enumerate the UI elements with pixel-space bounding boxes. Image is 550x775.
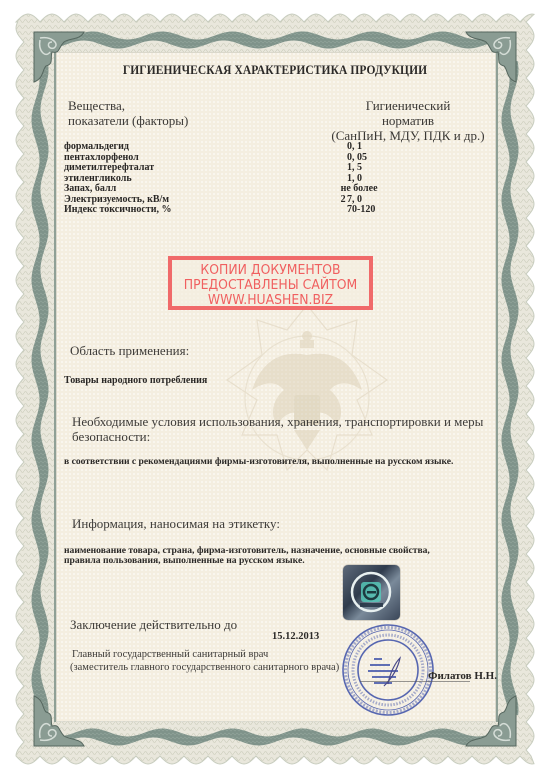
norm-header-line: норматив bbox=[317, 113, 499, 128]
corner-ornament-icon bbox=[462, 692, 520, 750]
factors-column-header: Вещества, показатели (факторы) bbox=[68, 98, 188, 128]
watermark-link[interactable]: WWW.HUASHEN.BIZ bbox=[180, 293, 361, 308]
factors-header-line: Вещества, bbox=[68, 98, 188, 113]
signer-title: Главный государственный санитарный врач bbox=[72, 649, 268, 660]
conditions-value: в соответствии с рекомендациями фирмы-из… bbox=[64, 456, 453, 467]
factor-row: формальдегид0, 1 bbox=[64, 142, 384, 153]
conditions-label: Необходимые условия использования, хране… bbox=[72, 414, 483, 430]
factors-table: формальдегид0, 1пентахлорфенол0, 05димет… bbox=[64, 142, 384, 216]
norm-column-header: Гигиенический норматив (СанПиН, МДУ, ПДК… bbox=[317, 98, 499, 143]
factor-name: диметилтерефталат bbox=[64, 163, 347, 174]
certificate-page: ГИГИЕНИЧЕСКАЯ ХАРАКТЕРИСТИКА ПРОДУКЦИИ В… bbox=[0, 0, 550, 775]
factor-row: Индекс токсичности, %70-120 bbox=[64, 205, 384, 216]
sanitary-hologram-icon bbox=[343, 565, 400, 620]
validity-date: 15.12.2013 bbox=[272, 631, 319, 642]
factor-norm-value: 0, 1 bbox=[347, 142, 362, 153]
norm-header-line: Гигиенический bbox=[317, 98, 499, 113]
signer-name: Филатов Н.Н. bbox=[428, 670, 497, 682]
scope-value: Товары народного потребления bbox=[64, 375, 207, 386]
scope-label: Область применения: bbox=[70, 343, 189, 359]
double-headed-eagle-emblem-icon bbox=[222, 300, 392, 500]
factors-header-line: показатели (факторы) bbox=[68, 113, 188, 128]
factor-row: диметилтерефталат1, 5 bbox=[64, 163, 384, 174]
signer-title-cont: (заместитель главного государственного с… bbox=[70, 662, 339, 673]
corner-ornament-icon bbox=[30, 692, 88, 750]
factor-name: Запах, балл bbox=[64, 184, 341, 195]
label-info-value-cont: правила пользования, выполненные на русс… bbox=[64, 555, 305, 566]
factor-norm-value: не более 2 bbox=[341, 184, 384, 195]
document-title: ГИГИЕНИЧЕСКАЯ ХАРАКТЕРИСТИКА ПРОДУКЦИИ bbox=[22, 63, 528, 78]
factor-norm-value: 70-120 bbox=[347, 205, 375, 216]
watermark-line: ПРЕДОСТАВЛЕНЫ САЙТОМ bbox=[180, 278, 361, 293]
label-info-label: Информация, наносимая на этикетку: bbox=[72, 516, 280, 532]
watermark-stamp: КОПИИ ДОКУМЕНТОВ ПРЕДОСТАВЛЕНЫ САЙТОМ WW… bbox=[168, 256, 373, 310]
factor-norm-value: 1, 5 bbox=[347, 163, 362, 174]
validity-label: Заключение действительно до bbox=[70, 617, 237, 633]
factor-row: Запах, баллне более 2 bbox=[64, 184, 384, 195]
norm-header-line: (СанПиН, МДУ, ПДК и др.) bbox=[317, 128, 499, 143]
conditions-label-cont: безопасности: bbox=[72, 429, 150, 445]
watermark-line: КОПИИ ДОКУМЕНТОВ bbox=[180, 263, 361, 278]
factor-name: Индекс токсичности, % bbox=[64, 205, 347, 216]
factor-name: формальдегид bbox=[64, 142, 347, 153]
round-seal-stamp-icon bbox=[340, 622, 436, 718]
